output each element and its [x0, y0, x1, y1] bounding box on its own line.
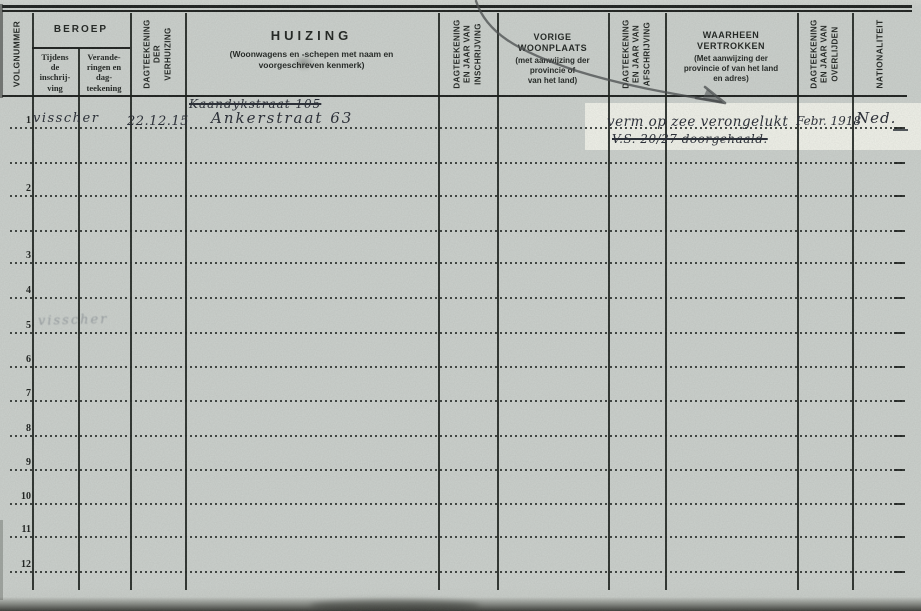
entry-overlijden-datum: Febr. 1918 — [796, 114, 861, 128]
row-line-end-mark — [894, 230, 905, 232]
row-dotted-line — [10, 195, 905, 197]
entry-nationaliteit: Ned. — [856, 109, 896, 127]
ghost-handwriting: visscher — [38, 312, 109, 329]
row-line-end-mark — [894, 435, 905, 437]
row-dotted-line — [10, 332, 905, 334]
vorige-woonplaats-subtitle: (met aanwijzing der provincie of van het… — [497, 56, 608, 86]
waarheen-vertrokken-subtitle: (Met aanwijzing der provincie of van het… — [665, 54, 797, 84]
row-line-end-mark — [894, 469, 905, 471]
row-line-end-mark — [894, 297, 905, 299]
row-dotted-line — [10, 469, 905, 471]
row-dotted-line — [10, 435, 905, 437]
row-dotted-line — [10, 503, 905, 505]
row-line-end-mark — [894, 503, 905, 505]
column-header-huizing: HUIZING — [185, 28, 438, 43]
filler-dash — [893, 129, 908, 131]
row-dotted-line — [10, 162, 905, 164]
column-header-nationaliteit: NATIONALITEIT — [874, 10, 885, 98]
column-header-volgnummer: VOLGNUMMER — [11, 10, 22, 98]
row-number: 8 — [6, 423, 31, 434]
row-dotted-line — [10, 297, 905, 299]
row-number: 10 — [6, 491, 31, 502]
beroep-subheader-rule — [32, 47, 130, 49]
row-number: 12 — [6, 559, 31, 570]
scan-bottom-blotch — [310, 600, 480, 611]
row-dotted-line — [10, 262, 905, 264]
row-dotted-line — [10, 366, 905, 368]
row-line-end-mark — [894, 162, 905, 164]
column-header-verhuizing: DAGTEEKENING DER VERHUIZING — [142, 10, 173, 98]
row-number: 3 — [6, 250, 31, 261]
entry-beroep: visscher — [33, 111, 99, 126]
beroep-sub-tijdens: Tijdens de inschrij- ving — [32, 52, 78, 93]
row-number: 7 — [6, 388, 31, 399]
row-number: 1 — [6, 115, 31, 126]
entry-vertrokken-regel2: V.S. 20/27 doorgehaald. — [612, 132, 768, 146]
column-header-afschrijving: DAGTEEKENING EN JAAR VAN AFSCHRIJVING — [621, 10, 652, 98]
row-dotted-line — [10, 571, 905, 573]
beroep-sub-veranderingen: Verande- ringen en dag- teekening — [78, 52, 130, 93]
scan-left-edge-lower — [0, 520, 3, 600]
row-line-end-mark — [894, 332, 905, 334]
column-header-beroep: BEROEP — [32, 24, 130, 35]
row-number: 9 — [6, 457, 31, 468]
entry-verhuizing-datum: 22.12.15 — [127, 114, 189, 129]
row-line-end-mark — [894, 536, 905, 538]
row-number: 5 — [6, 320, 31, 331]
column-header-vorige-woonplaats: VORIGE WOONPLAATS — [497, 32, 608, 55]
row-number: 11 — [6, 524, 31, 535]
row-number: 6 — [6, 354, 31, 365]
column-rule — [78, 48, 80, 590]
top-rule-outer — [2, 5, 912, 8]
row-line-end-mark — [894, 195, 905, 197]
row-number: 2 — [6, 183, 31, 194]
column-header-overlijden: DAGTEEKENING EN JAAR VAN OVERLIJDEN — [809, 10, 840, 98]
column-header-waarheen-vertrokken: WAARHEEN VERTROKKEN — [665, 30, 797, 53]
row-dotted-line — [10, 400, 905, 402]
row-number: 4 — [6, 285, 31, 296]
huizing-subtitle: (Woonwagens en -schepen met naam en voor… — [185, 49, 438, 72]
column-header-inschrijving: DAGTEEKENING EN JAAR VAN INSCHRIJVING — [452, 10, 483, 98]
scan-left-edge — [0, 4, 3, 98]
row-dotted-line — [10, 536, 905, 538]
row-line-end-mark — [894, 366, 905, 368]
entry-vertrokken-regel1: verm op zee verongelukt — [607, 114, 788, 130]
row-line-end-mark — [894, 571, 905, 573]
row-line-end-mark — [894, 262, 905, 264]
register-card: VOLGNUMMER DAGTEEKENING DER VERHUIZING D… — [0, 0, 921, 611]
entry-huizing: Ankerstraat 63 — [211, 109, 353, 127]
row-line-end-mark — [894, 400, 905, 402]
row-dotted-line — [10, 230, 905, 232]
